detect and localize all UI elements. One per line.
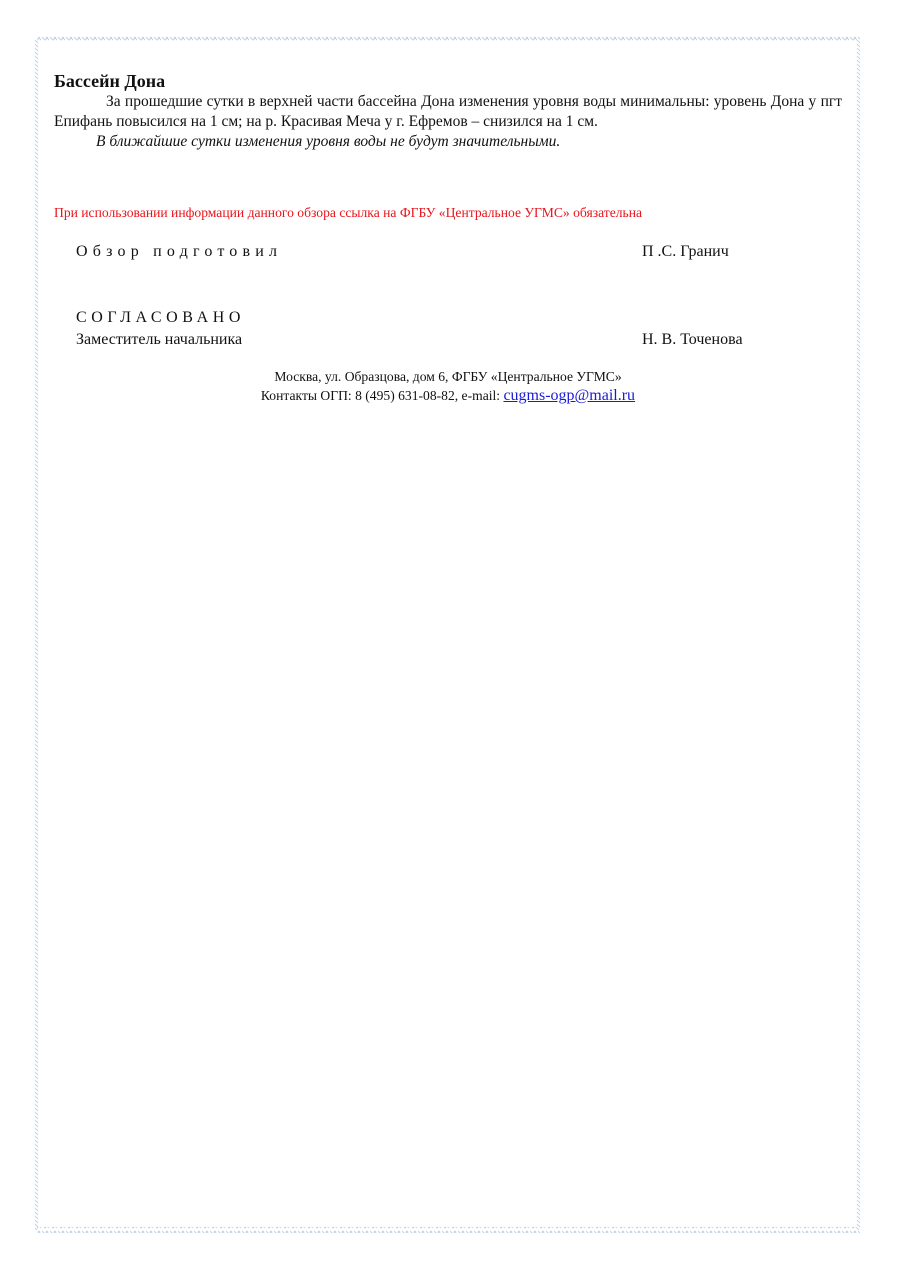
section-title: Бассейн Дона xyxy=(54,70,842,92)
forecast-text: В ближайшие сутки изменения уровня воды … xyxy=(54,132,842,152)
approver-name: Н. В. Точенова xyxy=(642,330,743,350)
footer-contacts-text: Контакты ОГП: 8 (495) 631-08-82, e-mail: xyxy=(261,388,504,403)
situation-paragraph: За прошедшие сутки в верхней части бассе… xyxy=(54,92,842,132)
approver-title: Заместитель начальника xyxy=(76,330,242,350)
footer-contacts: Контакты ОГП: 8 (495) 631-08-82, e-mail:… xyxy=(0,386,898,405)
footer: Москва, ул. Образцова, дом 6, ФГБУ «Цент… xyxy=(0,367,900,405)
document-body: Бассейн Дона За прошедшие сутки в верхне… xyxy=(54,70,842,152)
usage-notice: При использовании информации данного обз… xyxy=(54,205,642,221)
footer-address: Москва, ул. Образцова, дом 6, ФГБУ «Цент… xyxy=(0,367,898,386)
prepared-label: Обзор подготовил xyxy=(76,242,282,262)
prepared-name: П .С. Гранич xyxy=(642,242,729,262)
approved-label: СОГЛАСОВАНО xyxy=(76,308,245,328)
email-link[interactable]: cugms-ogp@mail.ru xyxy=(503,387,635,404)
